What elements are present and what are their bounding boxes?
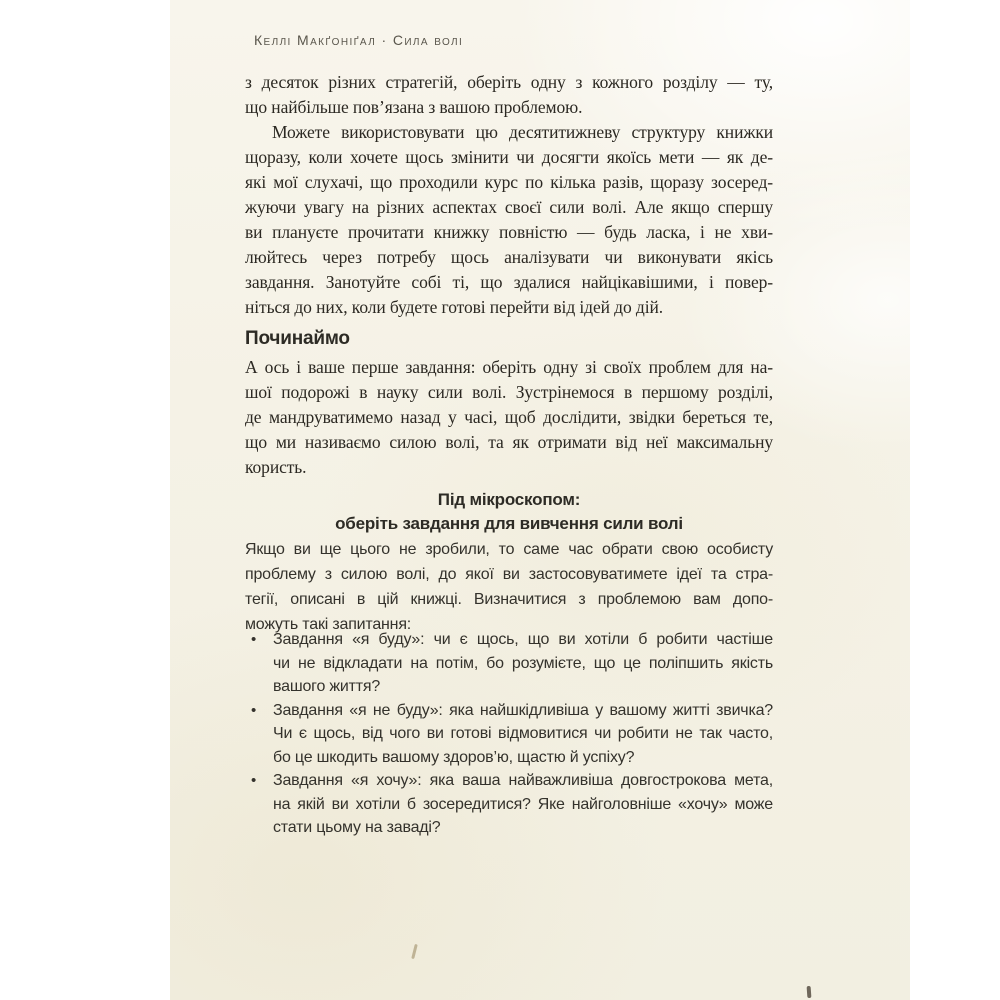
text-line: щоразу, коли хочете щось змінити чи дося… xyxy=(245,145,773,170)
exercise-title: Під мікроскопом: оберіть завдання для ви… xyxy=(245,488,773,536)
text-line: чи не відкладати на потім, бо розумієте,… xyxy=(273,652,773,676)
text-line: тегії, описані в цій книжці. Визначитися… xyxy=(245,587,773,612)
text-line: бо це шкодить вашому здоров’ю, щастю й у… xyxy=(273,746,773,770)
text-line: Чи є щось, від чого ви готові відмовитис… xyxy=(273,722,773,746)
bullet-dot-icon: • xyxy=(245,628,273,699)
text-line: люйтесь через потребу щось аналізувати ч… xyxy=(245,245,773,270)
text-line: з десяток різних стратегій, оберіть одну… xyxy=(245,70,773,95)
exercise-bullet-list: • Завдання «я буду»: чи є щось, що ви хо… xyxy=(245,628,773,840)
text-line: які мої слухачі, що проходили курс по кі… xyxy=(245,170,773,195)
exercise-intro-paragraph: Якщо ви ще цього не зробили, то саме час… xyxy=(245,537,773,637)
text-line: проблему з силою волі, до якої ви застос… xyxy=(245,562,773,587)
text-line: на якій ви хотіли б зосередитися? Яке на… xyxy=(273,793,773,817)
text-line: А ось і ваше перше завдання: оберіть одн… xyxy=(245,355,773,380)
text-line: Завдання «я не буду»: яка найшкідливіша … xyxy=(273,699,773,723)
bullet-item-i-want: • Завдання «я хочу»: яка ваша найважливі… xyxy=(245,769,773,840)
paragraph-first-task: А ось і ваше перше завдання: оберіть одн… xyxy=(245,355,773,480)
scan-speck xyxy=(411,944,418,959)
text-line: Якщо ви ще цього не зробили, то саме час… xyxy=(245,537,773,562)
scanned-book-page: Келлі Макґоніґал · Сила волі з десяток р… xyxy=(0,0,1000,1000)
text-line: Завдання «я хочу»: яка ваша найважливіша… xyxy=(273,769,773,793)
section-heading-pochynaimo: Починаймо xyxy=(245,326,350,351)
text-line: ви плануєте прочитати книжку повністю — … xyxy=(245,220,773,245)
text-line: ніться до них, коли будете готові перейт… xyxy=(245,295,773,320)
paper-sheet: Келлі Макґоніґал · Сила волі з десяток р… xyxy=(170,0,910,1000)
text-line: що найбільше пов’язана з вашою проблемою… xyxy=(245,95,773,120)
paragraph-continuation: з десяток різних стратегій, оберіть одну… xyxy=(245,70,773,120)
bullet-text-i-wont: Завдання «я не буду»: яка найшкідливіша … xyxy=(273,699,773,770)
bullet-item-i-wont: • Завдання «я не буду»: яка найшкідливіш… xyxy=(245,699,773,770)
scan-speck xyxy=(807,986,812,998)
text-line: шої подорожі в науку сили волі. Зустріне… xyxy=(245,380,773,405)
text-line: стати цьому на заваді? xyxy=(273,816,773,840)
bullet-text-i-will: Завдання «я буду»: чи є щось, що ви хоті… xyxy=(273,628,773,699)
text-line: Завдання «я буду»: чи є щось, що ви хоті… xyxy=(273,628,773,652)
bullet-item-i-will: • Завдання «я буду»: чи є щось, що ви хо… xyxy=(245,628,773,699)
text-line: вашого життя? xyxy=(273,675,773,699)
exercise-title-line-1: Під мікроскопом: xyxy=(245,488,773,512)
bullet-dot-icon: • xyxy=(245,769,273,840)
exercise-title-line-2: оберіть завдання для вивчення сили волі xyxy=(245,512,773,536)
bullet-dot-icon: • xyxy=(245,699,273,770)
text-line: що ми називаємо силою волі, та як отрима… xyxy=(245,430,773,455)
bullet-text-i-want: Завдання «я хочу»: яка ваша найважливіша… xyxy=(273,769,773,840)
text-line: завдання. Занотуйте собі ті, що здалися … xyxy=(245,270,773,295)
running-header: Келлі Макґоніґал · Сила волі xyxy=(254,32,463,48)
text-line: користь. xyxy=(245,455,773,480)
text-line: де мандруватимемо назад у часі, щоб досл… xyxy=(245,405,773,430)
paragraph-book-structure: Можете використовувати цю десятитижневу … xyxy=(245,120,773,320)
text-line: жуючи увагу на різних аспектах своєї сил… xyxy=(245,195,773,220)
text-line: Можете використовувати цю десятитижневу … xyxy=(245,120,773,145)
